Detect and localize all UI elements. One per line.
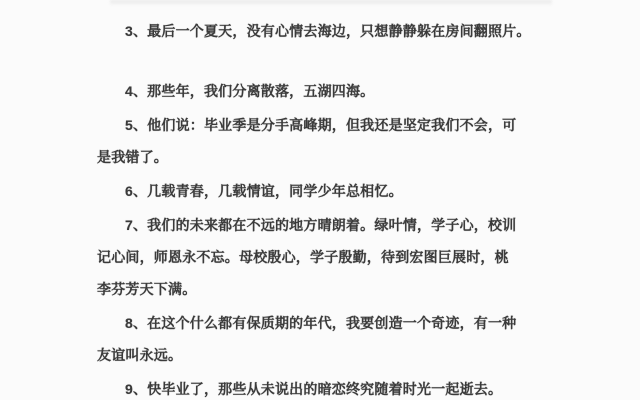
list-item-8-line-1: 8、在这个什么都有保质期的年代，我要创造一个奇迹，有一种	[97, 307, 567, 339]
list-item-6-line-1: 6、几载青春，几载情谊，同学少年总相忆。	[97, 175, 567, 207]
list-item-3-line-1: 3、最后一个夏天，没有心情去海边，只想静静躲在房间翻照片。	[97, 15, 567, 47]
list-item-4-line-1: 4、那些年，我们分离散落，五湖四海。	[97, 75, 567, 107]
list-item-8: 8、在这个什么都有保质期的年代，我要创造一个奇迹，有一种 友谊叫永远。	[97, 307, 567, 371]
list-item-3: 3、最后一个夏天，没有心情去海边，只想静静躲在房间翻照片。	[97, 15, 567, 47]
list-item-5-line-2: 是我错了。	[97, 141, 567, 173]
list-item-7-line-2: 记心间，师恩永不忘。母校殷心，学子殷勤，待到宏图巨展时，桃	[97, 241, 567, 273]
list-item-5: 5、他们说：毕业季是分手高峰期，但我还是坚定我们不会，可 是我错了。	[97, 109, 567, 173]
list-item-7-line-3: 李芬芳天下满。	[97, 273, 567, 305]
list-item-4: 4、那些年，我们分离散落，五湖四海。	[97, 75, 567, 107]
list-item-5-line-1: 5、他们说：毕业季是分手高峰期，但我还是坚定我们不会，可	[97, 109, 567, 141]
list-item-8-line-2: 友谊叫永远。	[97, 339, 567, 371]
list-item-9: 9、快毕业了，那些从未说出的暗恋终究随着时光一起逝去。	[97, 373, 567, 400]
list-item-7-line-1: 7、我们的未来都在不远的地方晴朗着。绿叶情，学子心，校训	[97, 209, 567, 241]
list-item-6: 6、几载青春，几载情谊，同学少年总相忆。	[97, 175, 567, 207]
quote-list: 3、最后一个夏天，没有心情去海边，只想静静躲在房间翻照片。 4、那些年，我们分离…	[97, 0, 567, 400]
document-page: 3、最后一个夏天，没有心情去海边，只想静静躲在房间翻照片。 4、那些年，我们分离…	[0, 0, 640, 400]
list-item-7: 7、我们的未来都在不远的地方晴朗着。绿叶情，学子心，校训 记心间，师恩永不忘。母…	[97, 209, 567, 305]
list-item-9-line-1: 9、快毕业了，那些从未说出的暗恋终究随着时光一起逝去。	[97, 373, 567, 400]
